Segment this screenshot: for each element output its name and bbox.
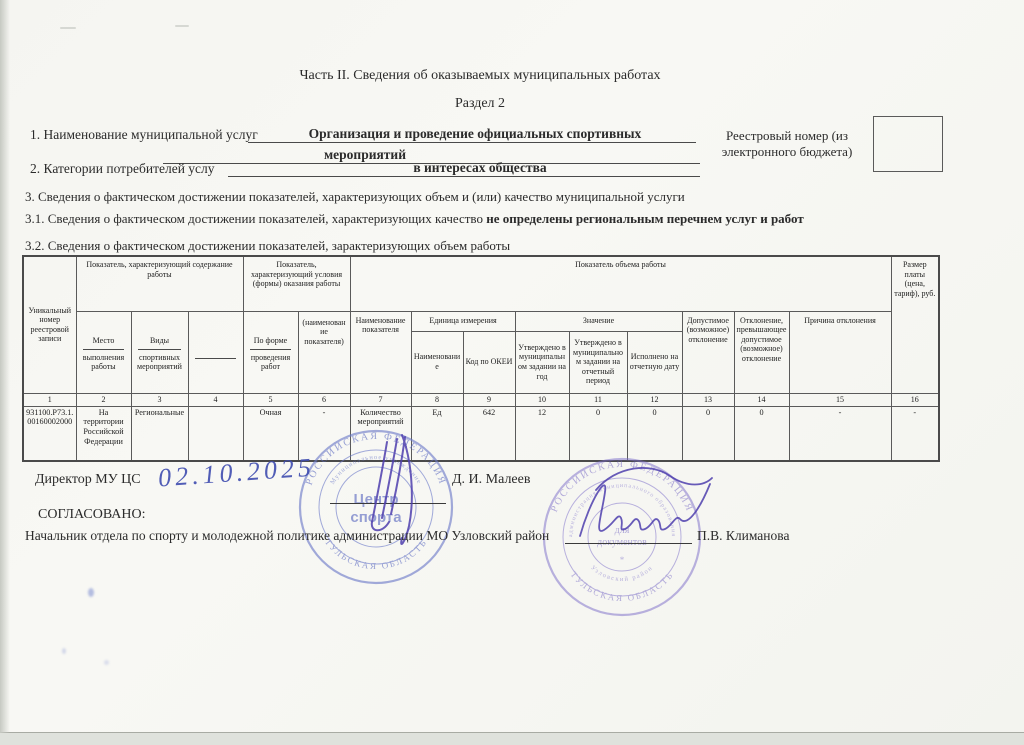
header-okei-code: Код по ОКЕИ (463, 331, 515, 393)
work-indicators-table: Уникальный номер реестровой записи Показ… (22, 255, 940, 462)
header-registry-entry: Уникальный номер реестровой записи (23, 256, 76, 393)
header-unit-name: Наименование (411, 331, 463, 393)
cell-approved-year: 12 (515, 406, 569, 461)
ink-speck (104, 660, 109, 665)
cell-exceeding-deviation: 0 (734, 406, 789, 461)
divider-line (83, 349, 124, 350)
cell-allowed-deviation: 0 (682, 406, 734, 461)
header-empty-content (188, 311, 243, 393)
cell-place: На территории Российской Федерации (76, 406, 131, 461)
registry-number-box (873, 116, 943, 172)
header-form-top: По форме (254, 336, 287, 346)
cell-registry-entry: 931100.Р73.1.00160002000 (23, 406, 76, 461)
column-number-row: 1 2 3 4 5 6 7 8 9 10 11 12 13 14 15 16 (23, 393, 939, 406)
cell-executed-date: 0 (627, 406, 682, 461)
table-row: 931100.Р73.1.00160002000 На территории Р… (23, 406, 939, 461)
divider-line (250, 349, 291, 350)
header-form-bottom: проведения работ (246, 353, 296, 372)
svg-text:Узловский район: Узловский район (589, 564, 654, 583)
col-number: 1 (23, 393, 76, 406)
col-number: 14 (734, 393, 789, 406)
paragraph-3-1-text: 3.1. Сведения о фактическом достижении п… (25, 211, 483, 226)
header-indicator-name: Наименование показателя (350, 311, 411, 393)
col-number: 4 (188, 393, 243, 406)
cell-approved-period: 0 (569, 406, 627, 461)
header-form-kind: По формепроведения работ (243, 311, 298, 393)
divider-line (195, 358, 236, 359)
header-exceeding-deviation: Отклонение, превышающее допустимое (возм… (734, 311, 789, 393)
stamp2-inner-bottom-text: Узловский район (589, 564, 654, 583)
director-name: Д. И. Малеев (452, 472, 530, 488)
chief-title-label: Начальник отдела по спорту и молодежной … (25, 528, 549, 544)
consumers-label: 2. Категории потребителей услу (30, 161, 215, 177)
col-number: 12 (627, 393, 682, 406)
header-place-bottom: выполнения работы (79, 353, 129, 372)
cell-form: Очная (243, 406, 298, 461)
header-allowed-deviation: Допустимое (возможное) отклонение (682, 311, 734, 393)
ink-speck (62, 648, 66, 654)
col-number: 9 (463, 393, 515, 406)
header-kinds-bottom: спортивных мероприятий (134, 353, 186, 372)
underline (248, 142, 696, 143)
director-title-label: Директор МУ ЦС (35, 472, 141, 488)
scan-scuff (175, 25, 189, 27)
service-name-value: Организация и проведение официальных спо… (255, 126, 695, 142)
header-place: Местовыполнения работы (76, 311, 131, 393)
header-approved-year: Утверждено в муниципальном задании на го… (515, 331, 569, 393)
underline (228, 176, 700, 177)
col-number: 3 (131, 393, 188, 406)
cell-kinds: Региональные (131, 406, 188, 461)
consumers-value: в интересах общества (280, 160, 680, 176)
col-number: 5 (243, 393, 298, 406)
cell-deviation-reason: - (789, 406, 891, 461)
paragraph-3-2: 3.2. Сведения о фактическом достижении п… (25, 238, 510, 254)
cell-payment: - (891, 406, 939, 461)
col-number: 7 (350, 393, 411, 406)
header-group-value: Значение (515, 311, 682, 331)
header-group-content: Показатель, характеризующий содержание р… (76, 256, 243, 311)
col-number: 8 (411, 393, 463, 406)
ink-speck (88, 588, 94, 597)
page-title: Часть II. Сведения об оказываемых муници… (0, 68, 960, 84)
header-group-unit: Единица измерения (411, 311, 515, 331)
header-indicator-name-form: (наименование показателя) (298, 311, 350, 393)
col-number: 10 (515, 393, 569, 406)
col-number: 11 (569, 393, 627, 406)
header-group-form: Показатель, характеризующий условия (фор… (243, 256, 350, 311)
stamp2-outer-bottom-text: ТУЛЬСКАЯ ОБЛАСТЬ (568, 569, 675, 603)
col-number: 13 (682, 393, 734, 406)
section-subtitle: Раздел 2 (0, 96, 960, 112)
header-deviation-reason: Причина отклонения (789, 311, 891, 393)
paragraph-3-1-bold: не определены региональным перечнем услу… (486, 211, 804, 226)
divider-line (138, 349, 181, 350)
paragraph-3-1: 3.1. Сведения о фактическом достижении п… (25, 211, 804, 227)
col-number: 15 (789, 393, 891, 406)
cell-empty (188, 406, 243, 461)
header-approved-period: Утверждено в муниципальном задании на от… (569, 331, 627, 393)
paragraph-3: 3. Сведения о фактическом достижении пок… (25, 189, 685, 205)
header-payment: Размер платы (цена, тариф), руб. (891, 256, 939, 393)
registry-number-label: Реестровый номер (из электронного бюджет… (712, 128, 862, 161)
chief-signature-ink (558, 458, 718, 558)
col-number: 16 (891, 393, 939, 406)
col-number: 6 (298, 393, 350, 406)
service-name-label: 1. Наименование муниципальной услуг (30, 127, 258, 143)
col-number: 2 (76, 393, 131, 406)
header-kinds-top: Виды (150, 336, 169, 346)
header-group-volume: Показатель объема работы (350, 256, 891, 311)
cell-okei-code: 642 (463, 406, 515, 461)
agreed-label: СОГЛАСОВАНО: (38, 507, 146, 523)
header-place-top: Место (93, 336, 115, 346)
scan-scuff (60, 27, 76, 29)
svg-text:ТУЛЬСКАЯ ОБЛАСТЬ: ТУЛЬСКАЯ ОБЛАСТЬ (568, 569, 675, 603)
header-kinds: Видыспортивных мероприятий (131, 311, 188, 393)
header-executed-date: Исполнено на отчетную дату (627, 331, 682, 393)
